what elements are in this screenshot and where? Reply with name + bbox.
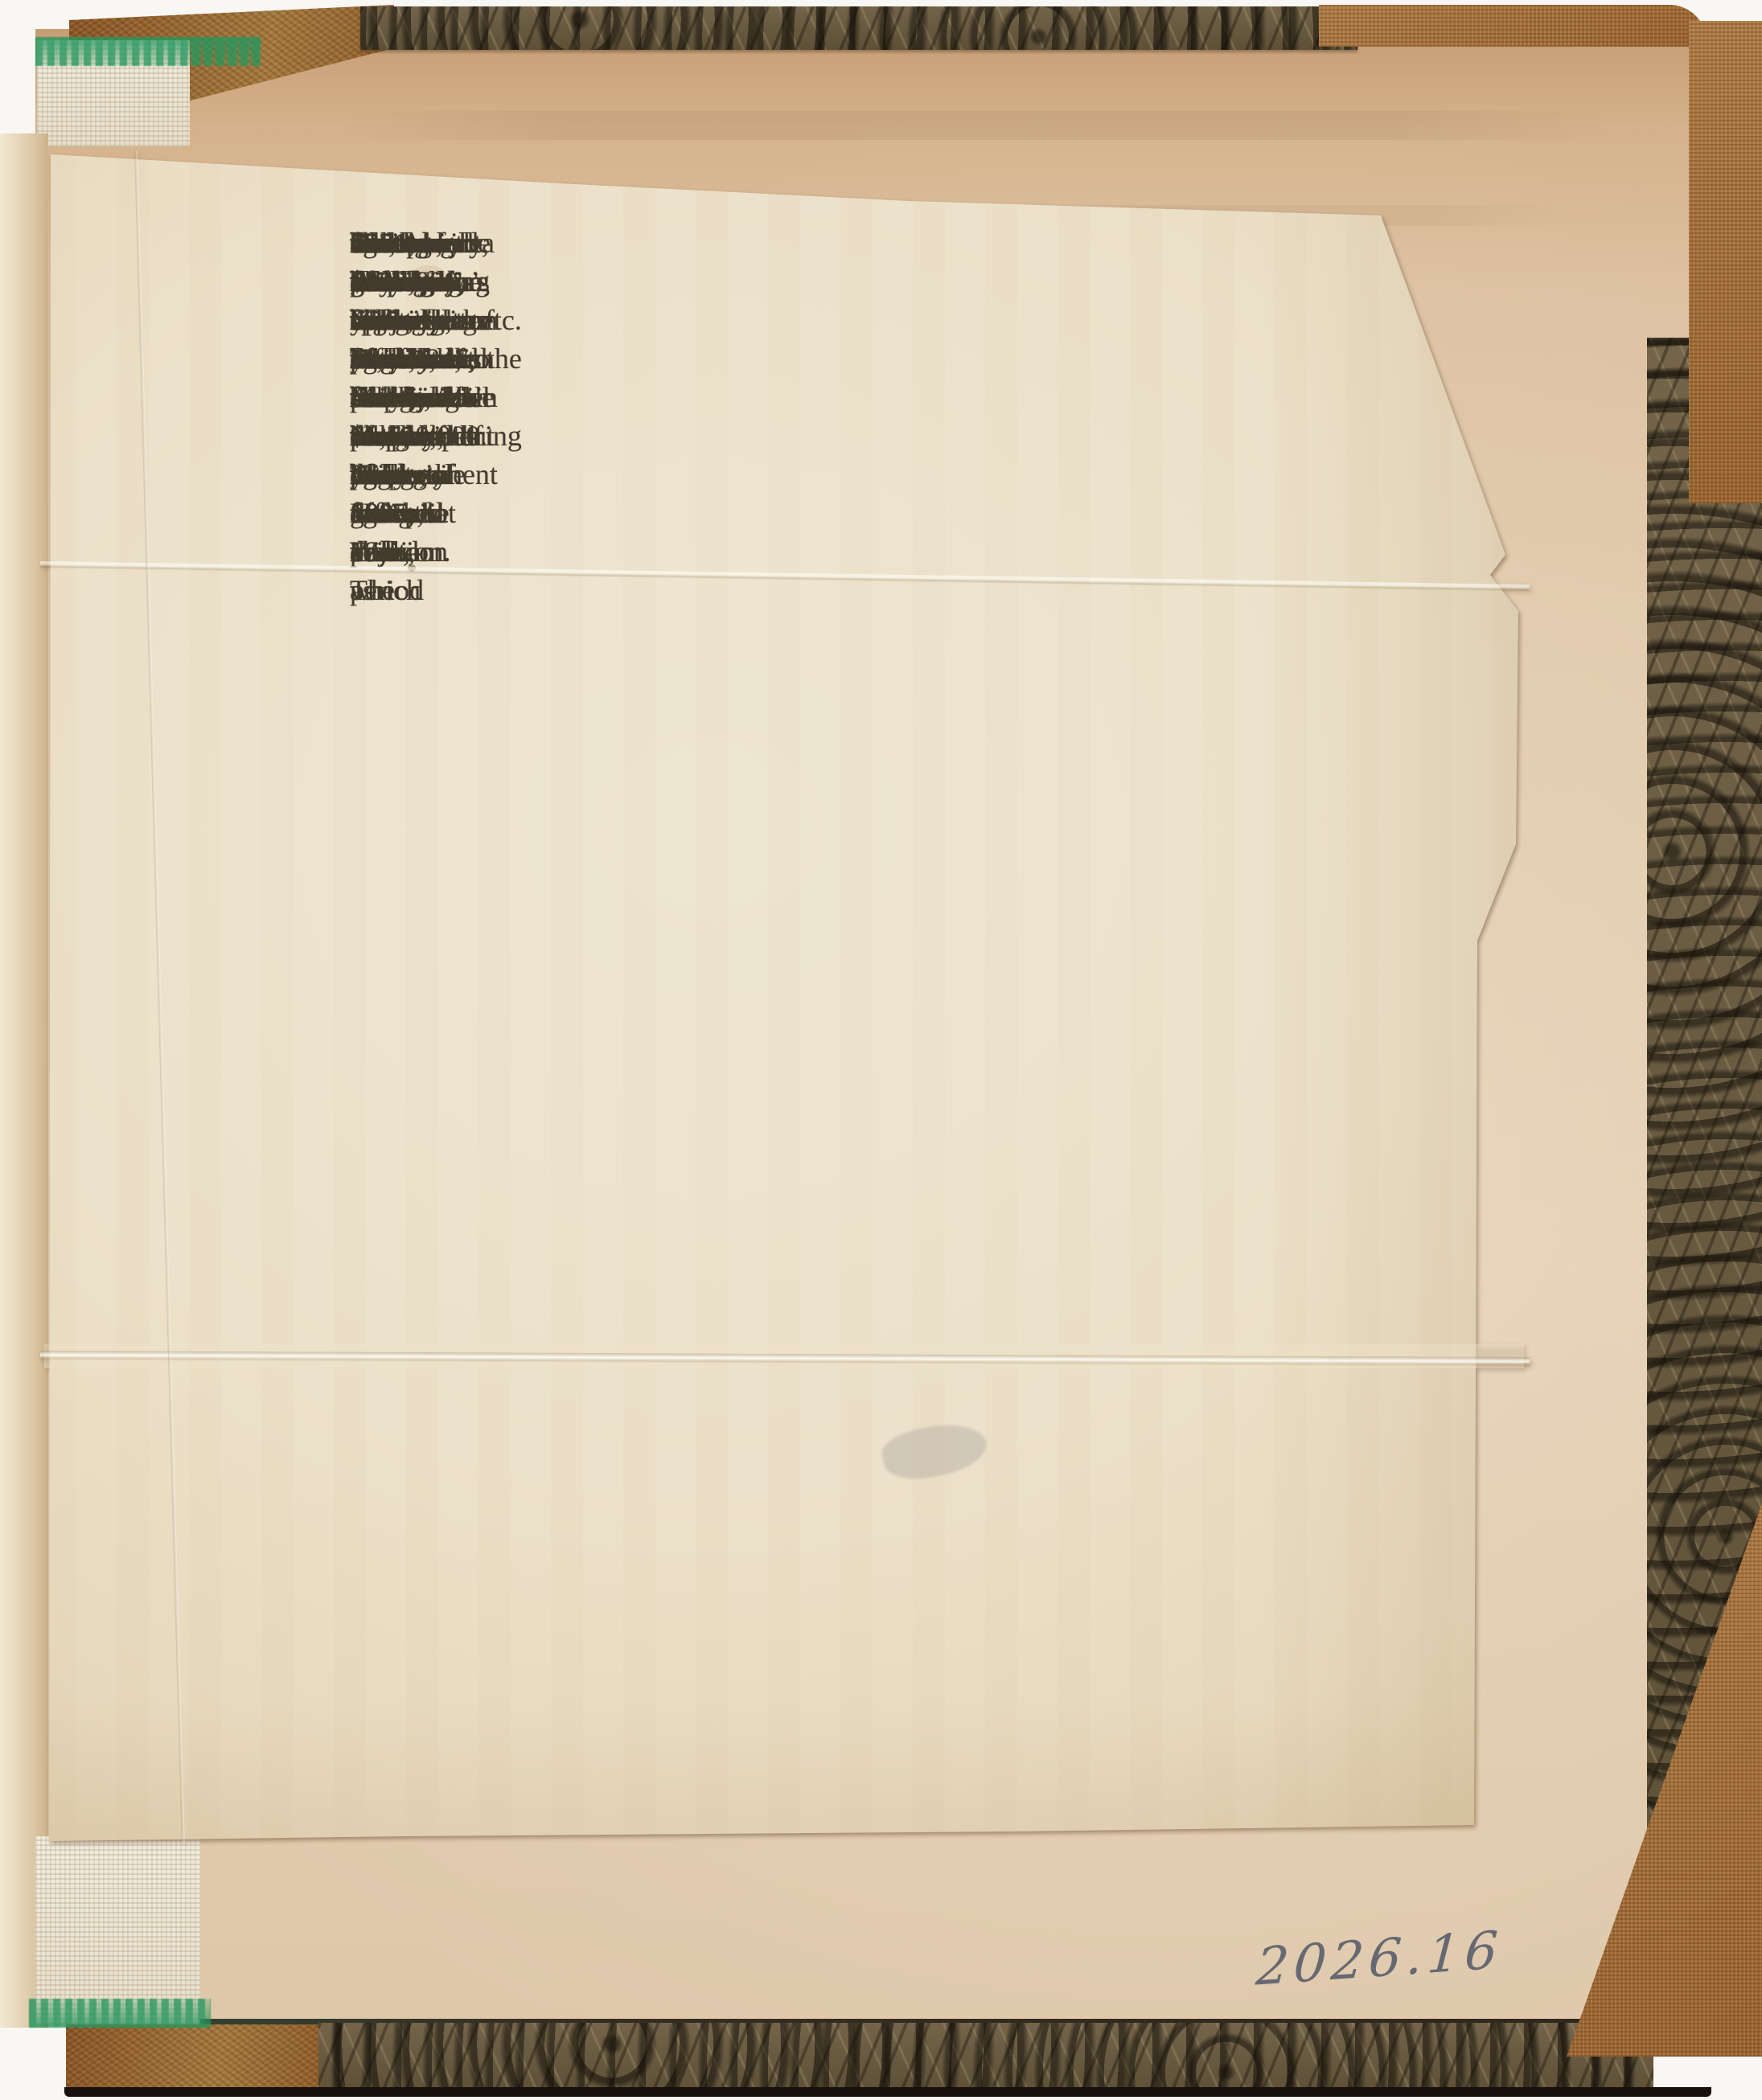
text-line: trial concern. (350, 224, 449, 301)
cover-marbled-bottom-edge (318, 2023, 1653, 2094)
pasted-page-paper (44, 146, 1526, 1851)
cover-canvas-top-right-corner (1319, 5, 1707, 47)
green-dye-smear-bottom (29, 1999, 211, 2028)
green-dye-smear-top (35, 37, 261, 66)
binding-cloth-bottom (35, 1836, 200, 2024)
pasted-page: 3 for gentlemen’s clothing, etc. To-day … (44, 146, 1526, 1851)
cover-leather-bottom-left (66, 2024, 320, 2092)
cover-marbled-top-edge (360, 6, 1357, 50)
cover-canvas-right-edge (1689, 21, 1762, 503)
endpaper-smudge (338, 111, 1608, 140)
book-scan: 3 for gentlemen’s clothing, etc. To-day … (0, 0, 1762, 2100)
cover-board-shadow (64, 2087, 1711, 2097)
flyleaf-roll-left-edge (0, 133, 48, 2028)
